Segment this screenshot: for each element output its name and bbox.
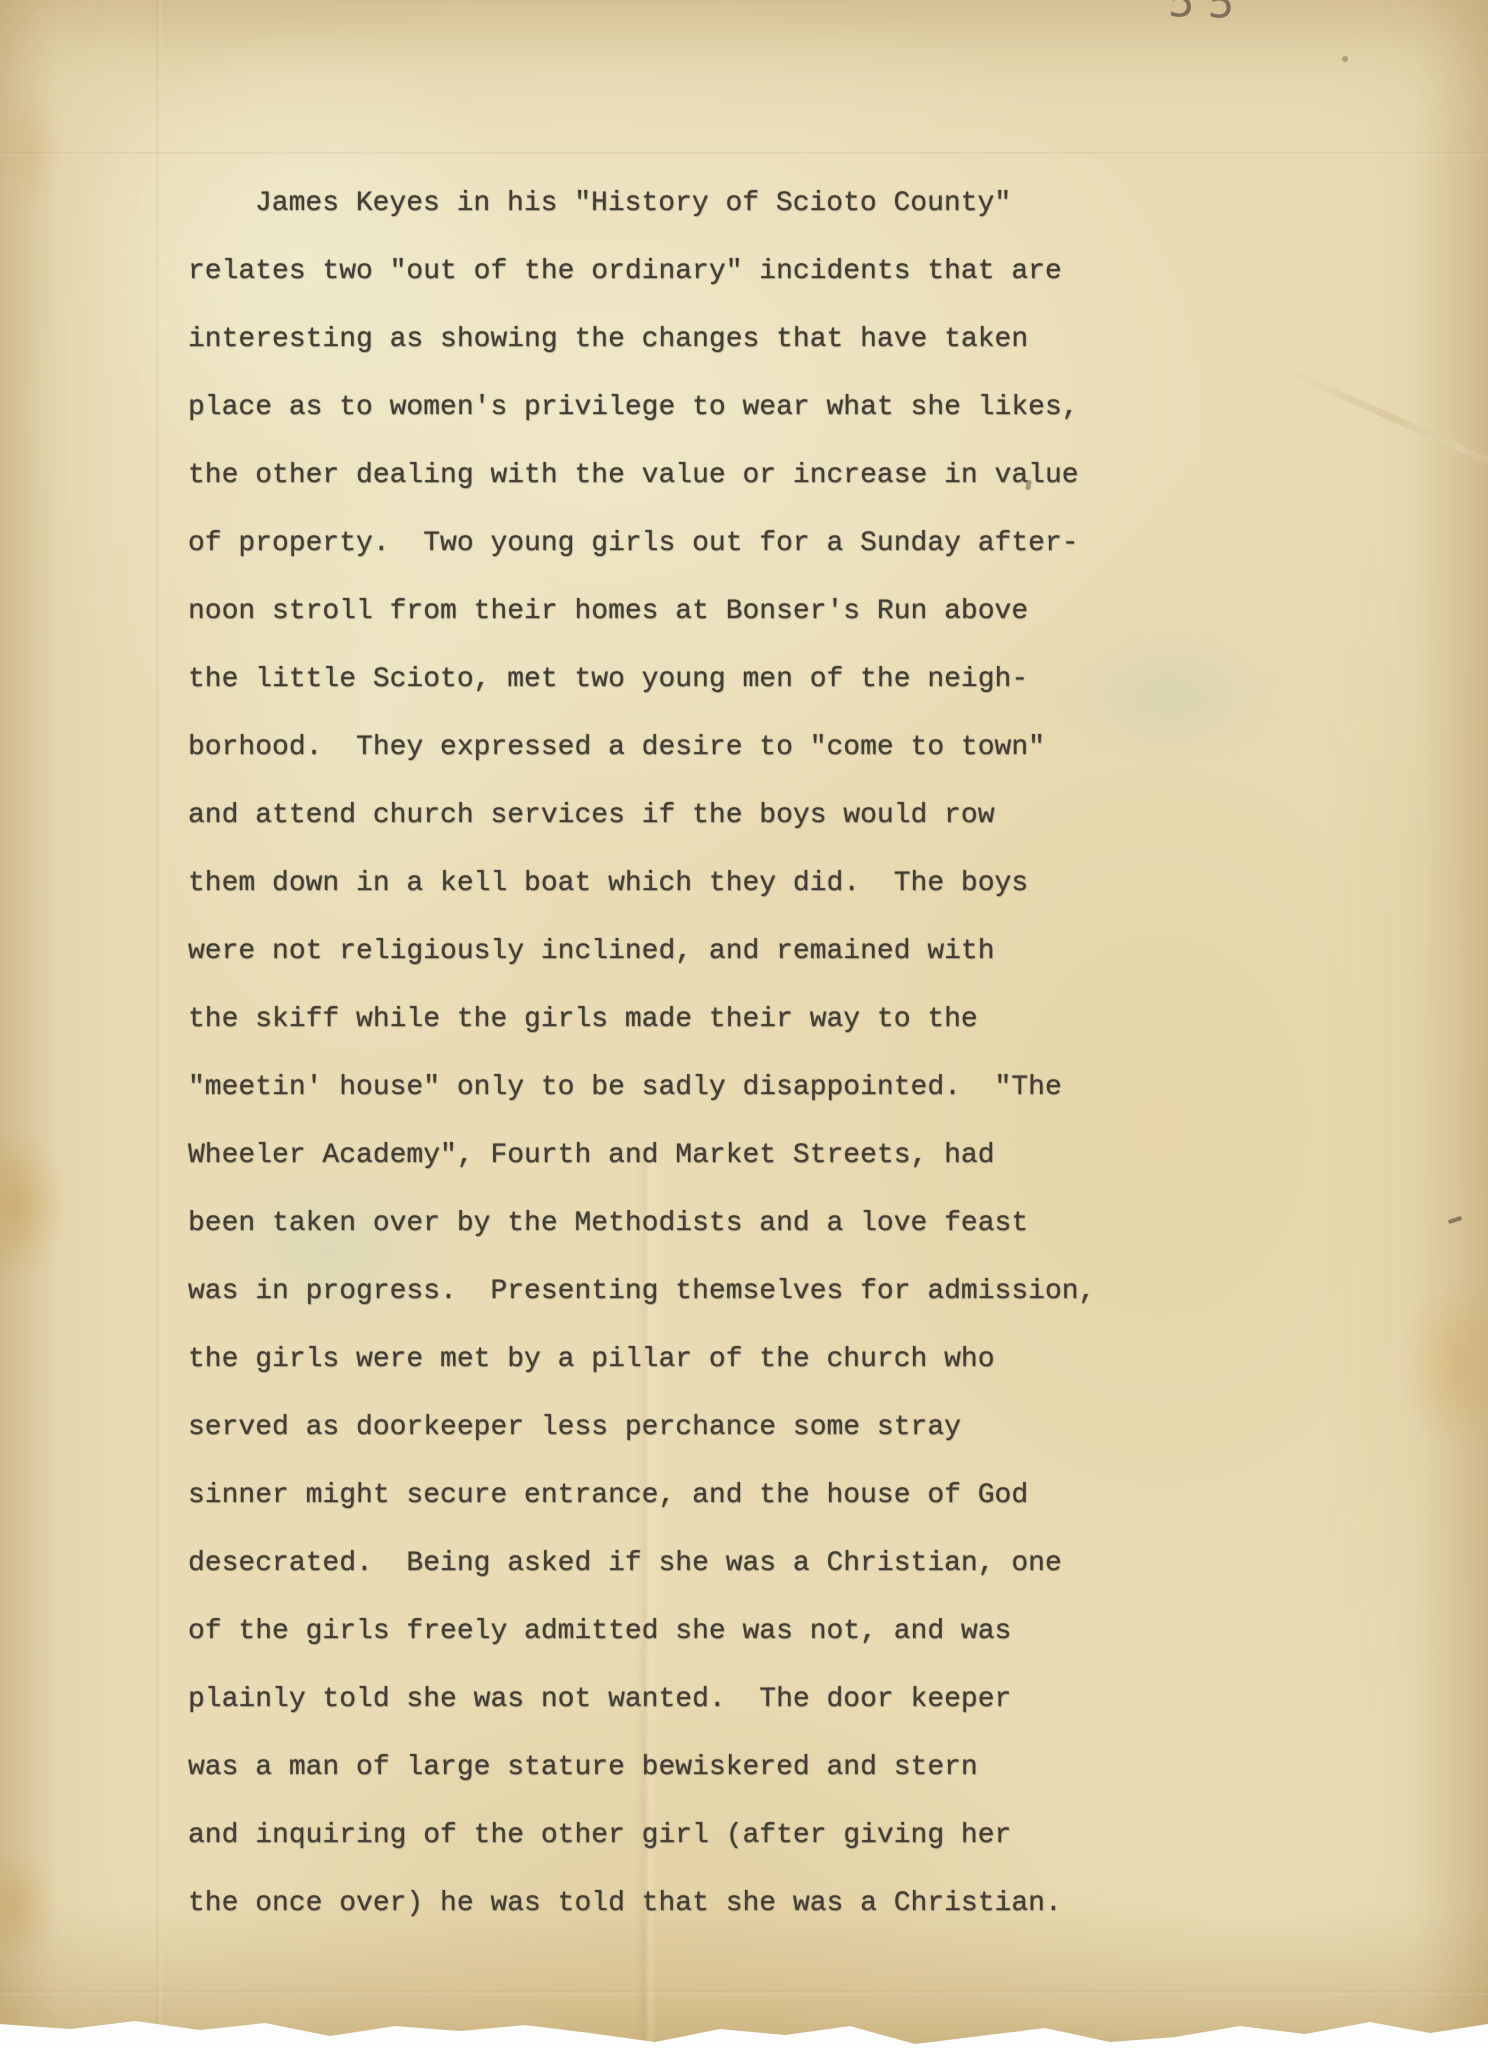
text-line: borhood. They expressed a desire to "com… [188,714,1198,782]
page-number: 55 [1167,0,1248,25]
paper-stain [0,1130,66,1280]
paper-stain [1396,1280,1488,1450]
text-line: relates two "out of the ordinary" incide… [188,238,1198,306]
text-line: plainly told she was not wanted. The doo… [188,1666,1198,1734]
scanned-page: 55 James Keyes in his "History of Scioto… [0,0,1488,2048]
text-line: were not religiously inclined, and remai… [188,918,1198,986]
text-line: place as to women's privilege to wear wh… [188,374,1198,442]
paper-sheet: 55 James Keyes in his "History of Scioto… [0,0,1488,2048]
text-line: was in progress. Presenting themselves f… [188,1258,1198,1326]
text-line: and inquiring of the other girl (after g… [188,1802,1198,1870]
text-line: the girls were met by a pillar of the ch… [188,1326,1198,1394]
ink-speck [1342,56,1348,62]
crease-line [156,0,161,2048]
text-line: the once over) he was told that she was … [188,1870,1198,1938]
text-line: of property. Two young girls out for a S… [188,510,1198,578]
text-line: James Keyes in his "History of Scioto Co… [188,170,1198,238]
typed-text-block: James Keyes in his "History of Scioto Co… [188,170,1198,1938]
text-line: desecrated. Being asked if she was a Chr… [188,1530,1198,1598]
text-line: of the girls freely admitted she was not… [188,1598,1198,1666]
paper-stain [0,90,60,210]
paper-stain [0,1850,56,1960]
text-line: noon stroll from their homes at Bonser's… [188,578,1198,646]
text-line: interesting as showing the changes that … [188,306,1198,374]
text-line: the skiff while the girls made their way… [188,986,1198,1054]
crease-line [0,1990,1488,1995]
text-line: and attend church services if the boys w… [188,782,1198,850]
crease-line [0,152,1488,156]
text-line: "meetin' house" only to be sadly disappo… [188,1054,1198,1122]
text-line: was a man of large stature bewiskered an… [188,1734,1198,1802]
text-line: Wheeler Academy", Fourth and Market Stre… [188,1122,1198,1190]
text-line: them down in a kell boat which they did.… [188,850,1198,918]
ink-speck [1448,1216,1463,1224]
text-line: been taken over by the Methodists and a … [188,1190,1198,1258]
scan-background: { "document": { "kind": "typewritten man… [0,0,1488,2048]
crease-line [1267,359,1488,487]
text-line: sinner might secure entrance, and the ho… [188,1462,1198,1530]
text-line: the little Scioto, met two young men of … [188,646,1198,714]
text-line: the other dealing with the value or incr… [188,442,1198,510]
text-line: served as doorkeeper less perchance some… [188,1394,1198,1462]
